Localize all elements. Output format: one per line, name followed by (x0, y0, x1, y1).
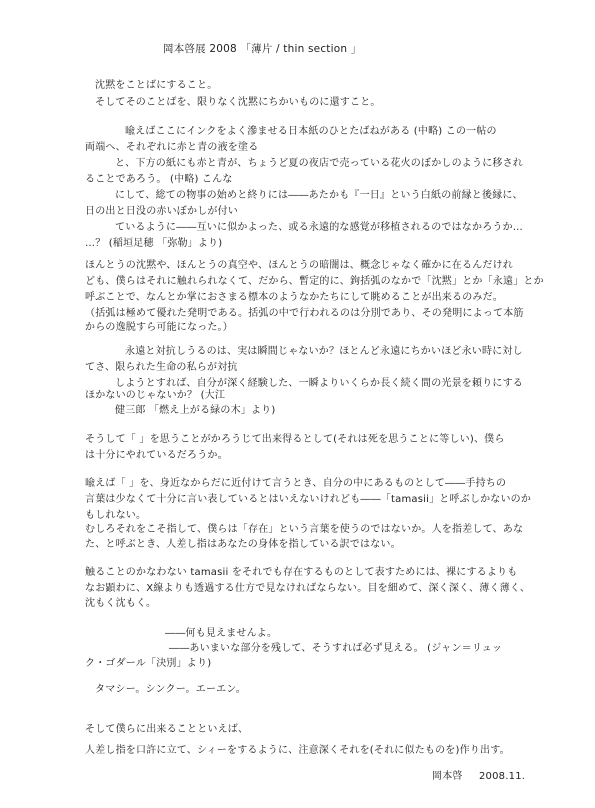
quote-line: 日の出と日没の赤いぼかしが付い (85, 206, 238, 218)
paragraph-line: もしれない。 (85, 510, 146, 522)
quote-line: ているように――互いに似かよった、或る永遠的な感覚が移植されるのではなかろうか… (115, 222, 523, 234)
paragraph-line: ども、僕らはそれに触れられなくて、だから、暫定的に、鉤括弧のなかで「沈黙」とか「… (85, 276, 544, 288)
quote-line: てさ、限られた生命の私らが対抗 (85, 362, 238, 374)
paragraph-line: 呼ぶことで、なんとか掌におさまる標本のようなかたちにして眺めることが出来るのみだ… (85, 292, 503, 304)
paragraph-line: からの逸脱すら可能になった。） (85, 322, 233, 334)
paragraph-line: そうして「 」を思うことがかろうじて出来得るとして(それは死を思うことに等しい)… (85, 434, 505, 446)
quote-line: ることであろう。 (中略) こんな (85, 174, 233, 186)
quote-citation: ク・ゴダール「決別」より) (85, 658, 211, 670)
paragraph-line: 言葉は少なくて十分に言い表しているとはいえないけれども――「tamasii」と呼… (85, 494, 531, 506)
quote-line: にして、総ての物事の始めと終りには――あたかも『一日』という白紙の前縁と後縁に、 (115, 190, 523, 202)
quote-line: 永遠と対抗しうるのは、実は瞬間じゃないか？ほとんど永遠にちかいほど永い時に対し (125, 346, 523, 358)
paragraph-line: なお顕わに、X線よりも透過する仕方で見なければならない。目を細めて、深く深く、薄… (85, 583, 530, 595)
page-title: 岡本啓展 2008 「薄片 / thin section 」 (163, 43, 361, 55)
quote-line: ――何も見えませんよ。 (165, 628, 277, 640)
author-signature: 岡本啓 (432, 771, 463, 783)
paragraph-line: 喩えば「 」を、身近なからだに近付けて言うとき、自分の中にあるものとして――手持… (85, 478, 506, 490)
quote-citation: 健三郎 「燃え上がる緑の木」より) (115, 405, 275, 417)
quote-line: 喩えばここにインクをよく滲ませる日本紙のひとたばねがある (中略) この一帖の (125, 126, 497, 138)
paragraph-line: そして僕らに出来ることといえば、 (85, 724, 248, 736)
paragraph-line: 触ることのかなわない tamasii をそれでも存在するものとして表すためには、… (85, 567, 517, 579)
quote-line: と、下方の紙にも赤と青が、ちょうど夏の夜店で売っている花火のぼかしのように移され (115, 158, 523, 170)
quote-line: 両端へ、それぞれに赤と青の液を塗る (85, 142, 258, 154)
quote-line: ほかないのじゃないか？ (大江 (85, 390, 225, 402)
paragraph-line: 沈黙をことばにすること。 (95, 80, 217, 92)
paragraph-line: タマシー。シンクー。エーエン。 (95, 684, 246, 696)
paragraph-line: た、と呼ぶとき、人差し指はあなたの身体を指している訳ではない。 (85, 539, 401, 551)
paragraph-line: 人差し指を口許に立て、シィーをするように、注意深くそれを(それに似たものを)作り… (85, 745, 510, 757)
paragraph-line: むしろそれをこそ指して、僕らは「存在」という言葉を使うのではないか。人を指差して… (85, 524, 523, 536)
quote-line: しようとすれば、自分が深く経験した、一瞬よりいくらか長く続く間の光景を頼りにする (115, 378, 523, 390)
paragraph-line: そしてそのことばを、限りなく沈黙にちかいものに還すこと。 (95, 97, 381, 109)
paragraph-line: （括弧は極めて優れた発明である。括弧の中で行われるのは分別であり、その発明によっ… (85, 308, 524, 320)
paragraph-line: ほんとうの沈黙や、ほんとうの真空や、ほんとうの暗闇は、概念じゃなく確かに在るんだ… (85, 260, 513, 272)
paragraph-line: 沈もく沈もく。 (85, 598, 156, 610)
quote-citation: …？ (稲垣足穂 「弥勒」より) (85, 238, 222, 250)
quote-line: ――あいまいな部分を残して、そうすれば必ず見える。 (ジャン＝リュッ (169, 643, 502, 655)
paragraph-line: は十分にやれているだろうか。 (85, 450, 228, 462)
signature-date: 2008.11. (479, 771, 525, 783)
